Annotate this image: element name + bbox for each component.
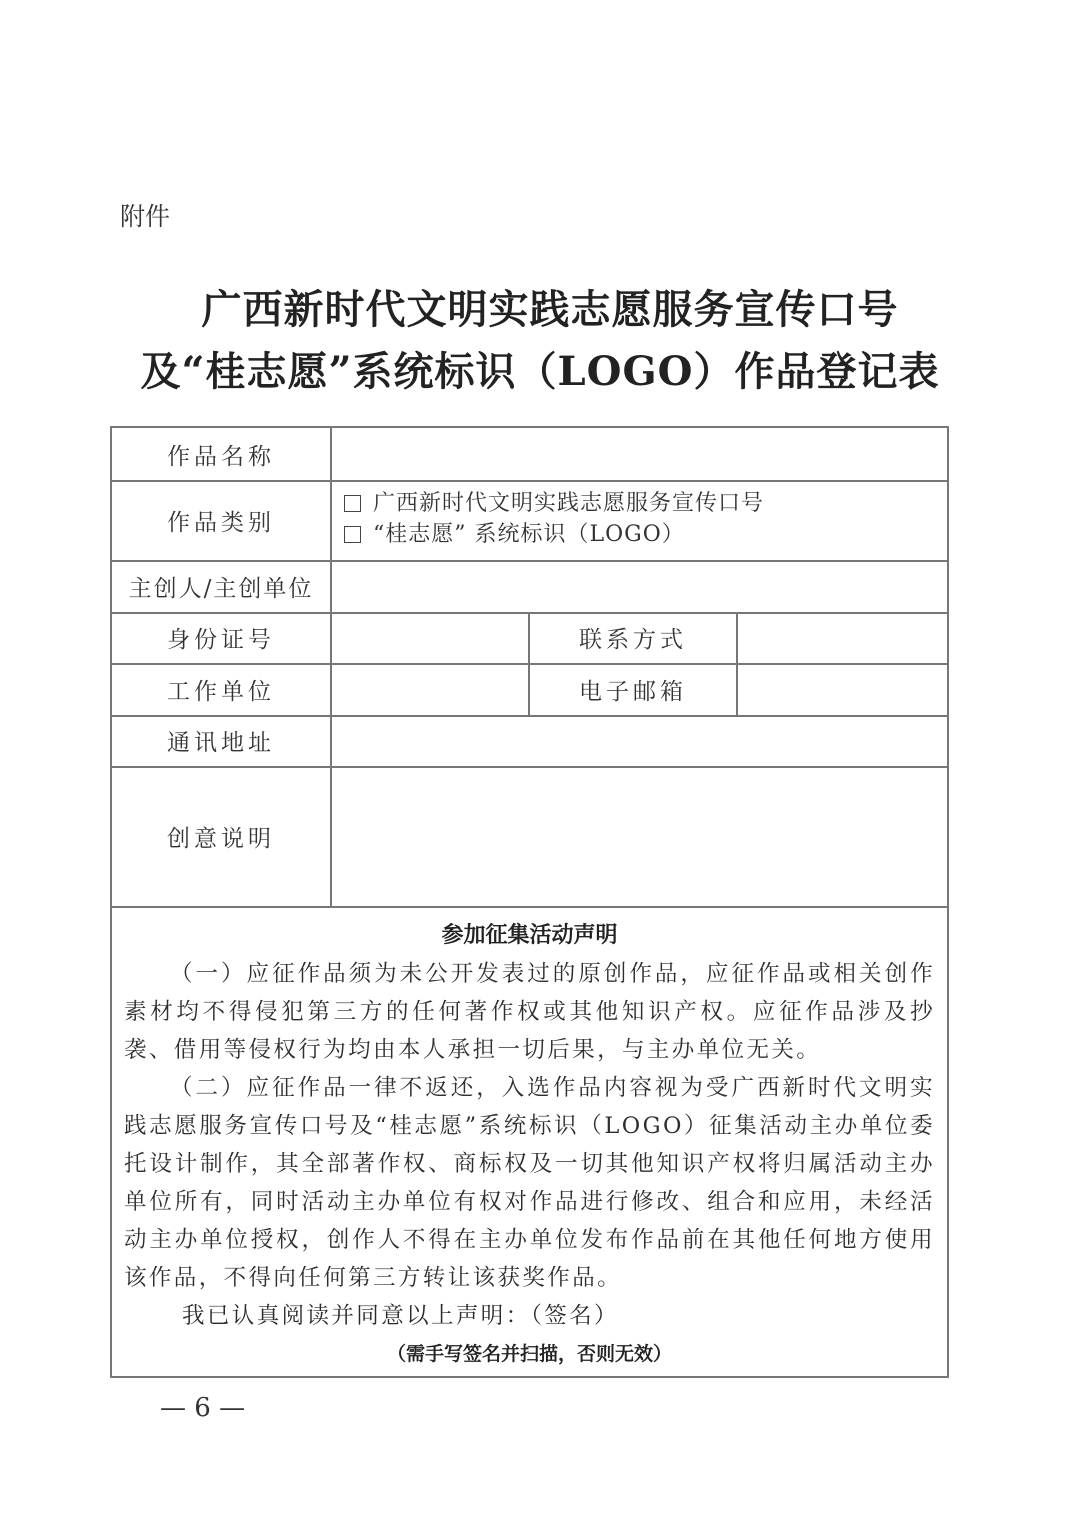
category-option-label: 广西新时代文明实践志愿服务宣传口号 — [373, 488, 764, 519]
row-employer-email: 工作单位 电子邮箱 — [112, 663, 947, 717]
creator-field[interactable] — [332, 560, 947, 612]
page-number: — 6 — — [160, 1393, 245, 1423]
contact-field[interactable] — [738, 612, 947, 663]
row-work-category: 作品类别 广西新时代文明实践志愿服务宣传口号 “桂志愿” 系统标识（LOGO） — [112, 480, 947, 562]
work-name-field[interactable] — [332, 428, 947, 480]
id-number-label: 身份证号 — [112, 612, 332, 663]
work-category-options: 广西新时代文明实践志愿服务宣传口号 “桂志愿” 系统标识（LOGO） — [332, 480, 947, 560]
category-option-logo[interactable]: “桂志愿” 系统标识（LOGO） — [344, 519, 685, 550]
address-field[interactable] — [332, 715, 947, 766]
work-category-label: 作品类别 — [112, 480, 332, 560]
email-field[interactable] — [738, 663, 947, 715]
email-label: 电子邮箱 — [530, 663, 738, 715]
declaration-paragraph-1: （一）应征作品须为未公开发表过的原创作品，应征作品或相关创作素材均不得侵犯第三方… — [124, 955, 935, 1069]
contact-label: 联系方式 — [530, 612, 738, 663]
row-id-contact: 身份证号 联系方式 — [112, 612, 947, 665]
concept-label: 创意说明 — [112, 766, 332, 906]
row-creator: 主创人/主创单位 — [112, 560, 947, 614]
signature-line: 我已认真阅读并同意以上声明：（签名） — [124, 1297, 935, 1335]
signature-note: （需手写签名并扫描，否则无效） — [124, 1339, 935, 1366]
row-address: 通讯地址 — [112, 715, 947, 768]
page-title-line1: 广西新时代文明实践志愿服务宣传口号 — [0, 278, 1080, 335]
concept-field[interactable] — [332, 766, 947, 906]
id-number-field[interactable] — [332, 612, 530, 663]
address-label: 通讯地址 — [112, 715, 332, 766]
declaration-paragraph-2: （二）应征作品一律不返还，入选作品内容视为受广西新时代文明实践志愿服务宣传口号及… — [124, 1069, 935, 1297]
row-work-name: 作品名称 — [112, 428, 947, 482]
category-option-label: “桂志愿” 系统标识（LOGO） — [373, 519, 685, 550]
page-title-line2: 及“桂志愿”系统标识（LOGO）作品登记表 — [0, 340, 1080, 397]
checkbox-icon[interactable] — [344, 526, 361, 543]
employer-field[interactable] — [332, 663, 530, 715]
work-name-label: 作品名称 — [112, 428, 332, 480]
attachment-label: 附件 — [120, 197, 170, 233]
declaration-section: 参加征集活动声明 （一）应征作品须为未公开发表过的原创作品，应征作品或相关创作素… — [112, 906, 947, 1376]
row-concept: 创意说明 — [112, 766, 947, 908]
employer-label: 工作单位 — [112, 663, 332, 715]
registration-form: 作品名称 作品类别 广西新时代文明实践志愿服务宣传口号 “桂志愿” 系统标识（L… — [110, 426, 949, 1378]
checkbox-icon[interactable] — [344, 495, 361, 512]
declaration-title: 参加征集活动声明 — [124, 918, 935, 949]
creator-label: 主创人/主创单位 — [112, 560, 332, 612]
category-option-slogan[interactable]: 广西新时代文明实践志愿服务宣传口号 — [344, 488, 764, 519]
